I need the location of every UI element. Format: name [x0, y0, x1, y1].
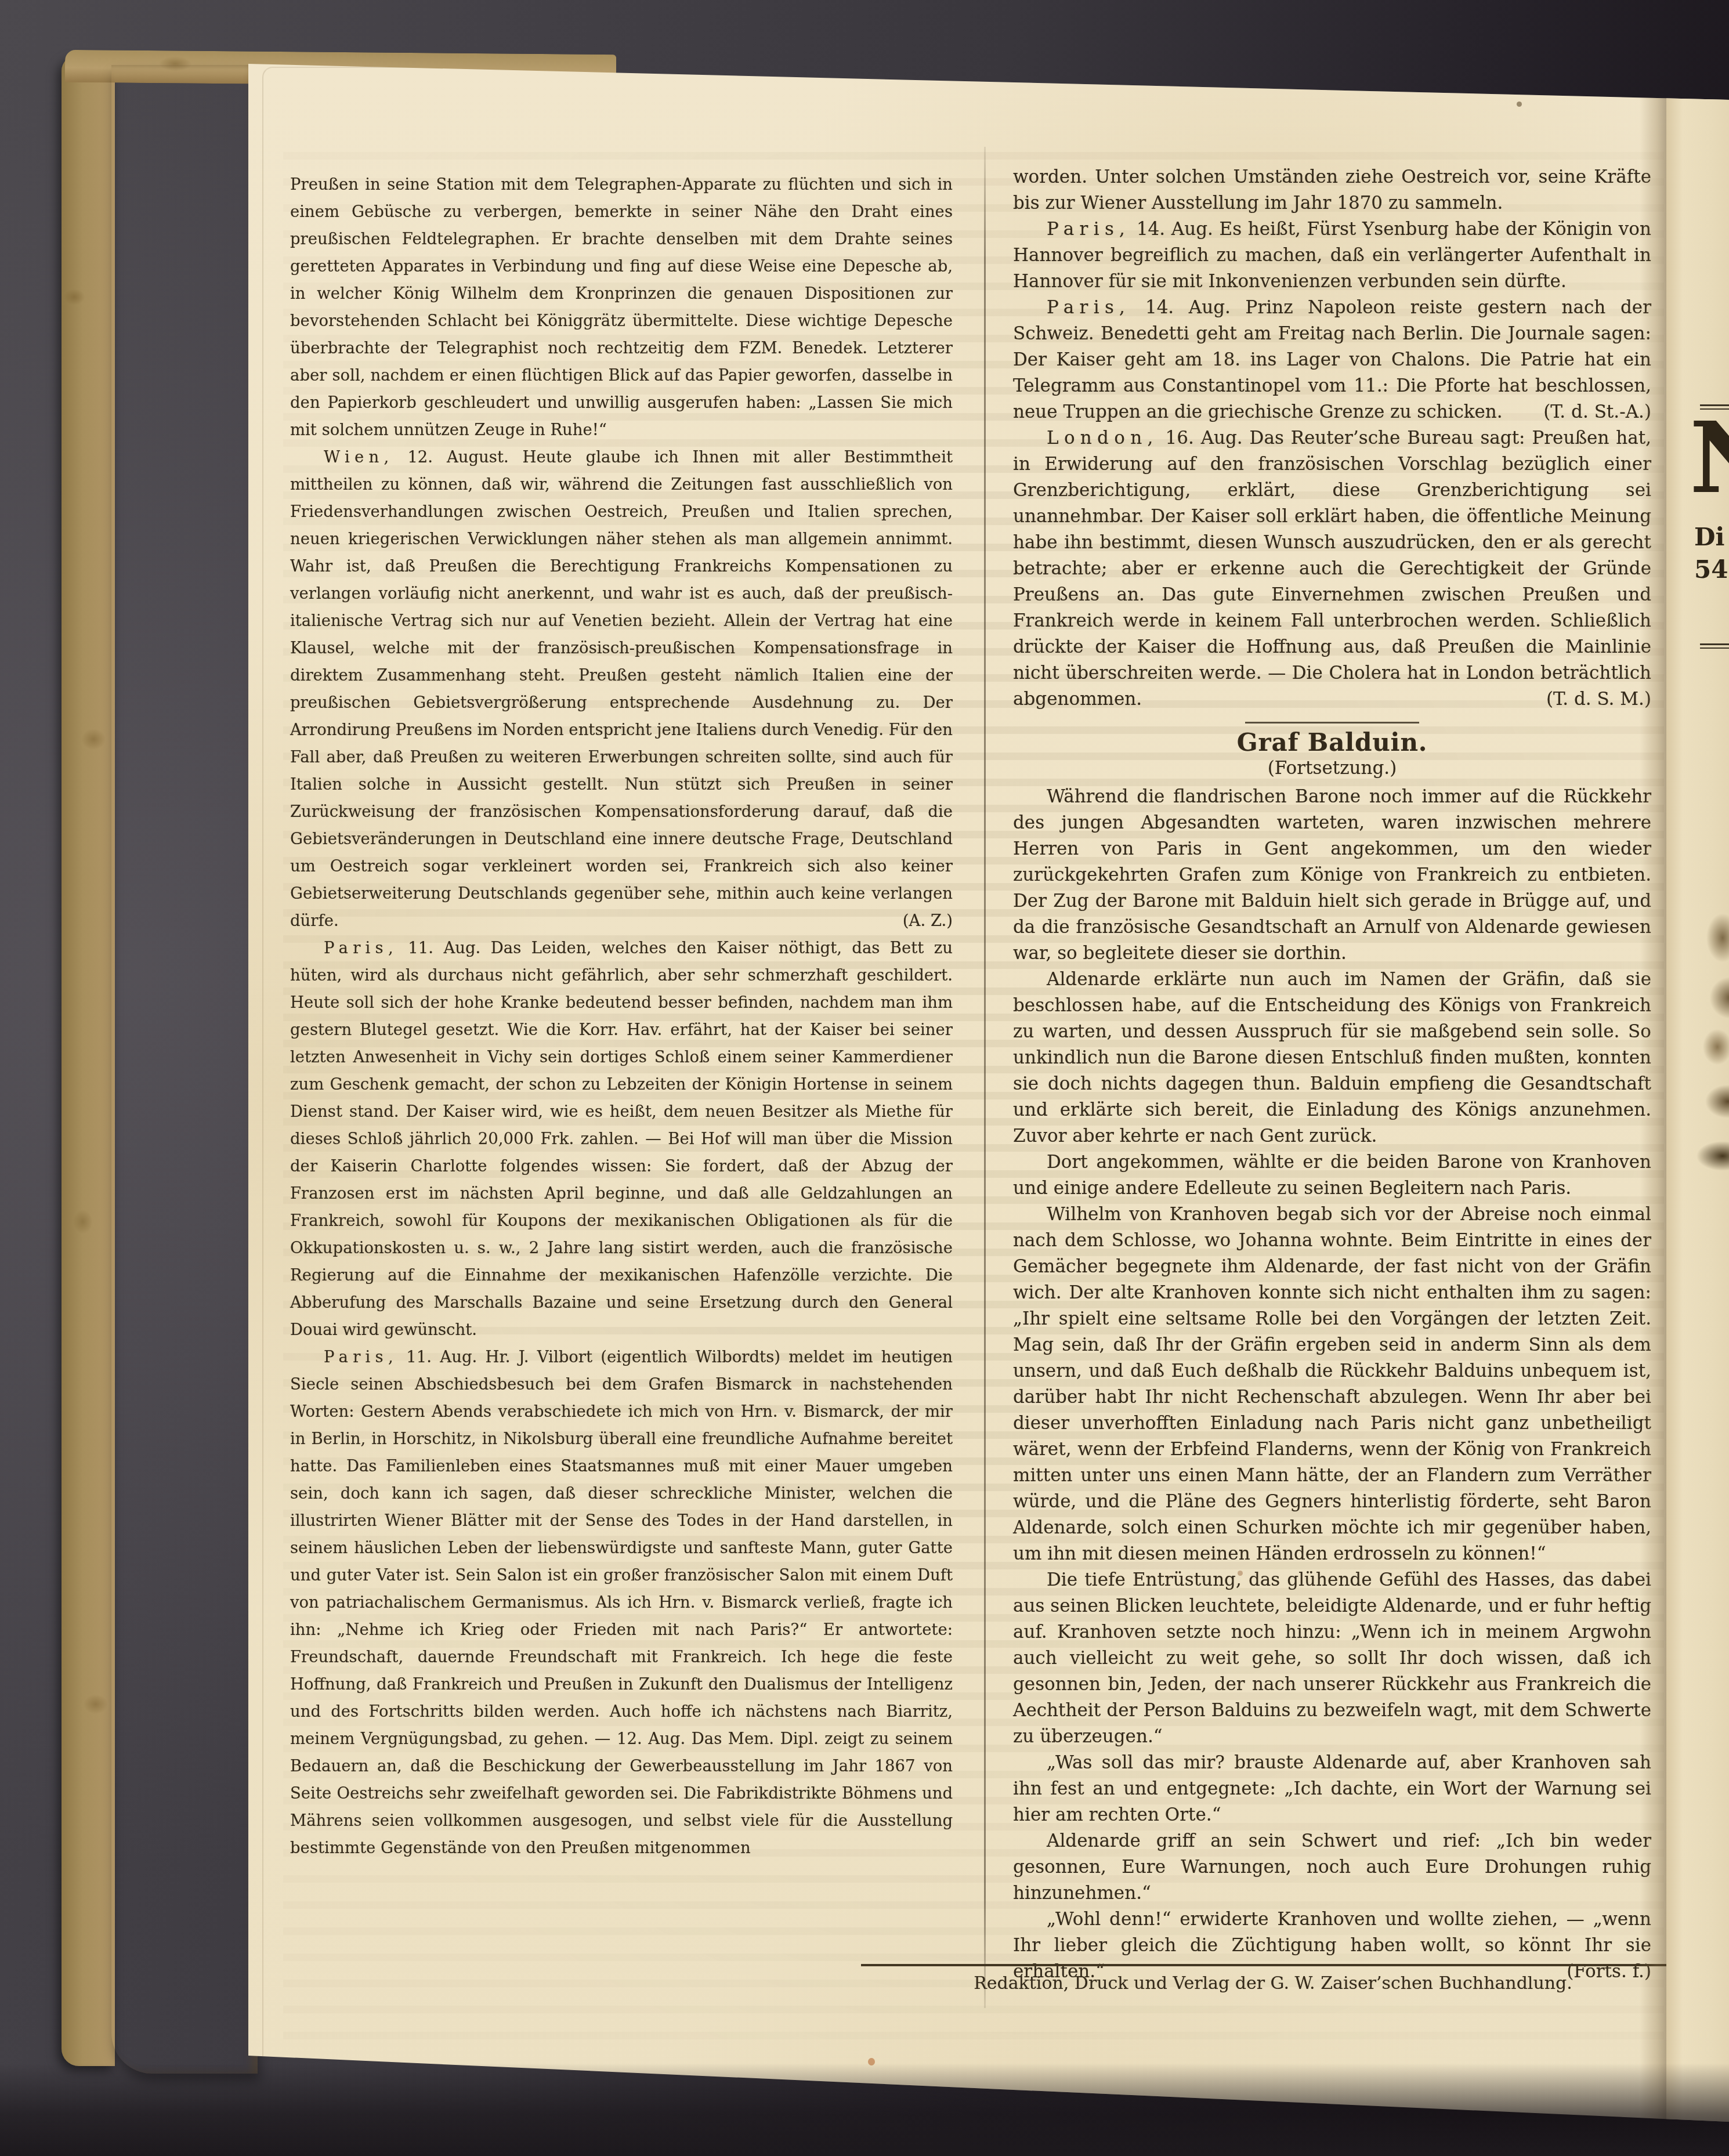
source-tag: (A. Z.) [290, 907, 953, 935]
footer-rule [861, 1964, 1685, 1966]
serial-subtitle: (Fortsetzung.) [1013, 755, 1651, 782]
newspaper-page: Preußen in seine Station mit dem Telegra… [248, 55, 1729, 2138]
page-block-fore-edge [111, 65, 258, 2074]
next-page-edge: N Di 54 [1666, 96, 1729, 2132]
dateline-date: 11. Aug. [406, 1348, 485, 1366]
imprint-line: Redaktion, Druck und Verlag der G. W. Za… [861, 1971, 1685, 1996]
paragraph: Während die flandrischen Barone noch imm… [1013, 784, 1651, 967]
masthead-rule-fragment [1700, 643, 1729, 645]
left-text-column: Preußen in seine Station mit dem Telegra… [290, 171, 953, 1862]
dateline-date: 12. August. [407, 448, 522, 466]
page-fold-shadow [1640, 90, 1666, 2132]
page-footer: Redaktion, Druck und Verlag der G. W. Za… [861, 1964, 1685, 1996]
paragraph: „Was soll das mir? brauste Aldenarde auf… [1013, 1750, 1651, 1828]
paper-stain [457, 786, 462, 791]
masthead-initial-fragment: N [1690, 409, 1729, 507]
paper-stain [868, 2058, 875, 2065]
column-divider-rule [984, 147, 986, 2008]
next-page-number-fragment: 54 [1694, 555, 1728, 584]
paragraph: worden. Unter solchen Umständen ziehe Oe… [1013, 164, 1651, 216]
paragraph: Paris, 11. Aug. Das Leiden, welches den … [290, 935, 953, 1344]
source-tag: (T. d. S. M.) [1013, 686, 1651, 712]
paragraph: Dort angekommen, wählte er die beiden Ba… [1013, 1149, 1651, 1202]
source-tag: (T. d. St.-A.) [1013, 399, 1651, 425]
paragraph: Preußen in seine Station mit dem Telegra… [290, 171, 953, 444]
paragraph: Aldenarde erklärte nun auch im Namen der… [1013, 967, 1651, 1149]
serial-title: Graf Balduin. [1013, 729, 1651, 755]
dateline-city: Paris, [324, 939, 398, 957]
dateline-date: 16. Aug. [1166, 428, 1250, 448]
photograph-of-book-page: { "colors":{ "background_dark":"#2c282e"… [0, 0, 1729, 2156]
paragraph: Die tiefe Entrüstung, das glühende Gefüh… [1013, 1567, 1651, 1750]
paragraph: Aldenarde griff an sein Schwert und rief… [1013, 1828, 1651, 1907]
paragraph: Wilhelm von Kranhoven begab sich vor der… [1013, 1202, 1651, 1567]
dateline-city: Paris, [324, 1348, 398, 1366]
dateline-city: Paris, [1047, 297, 1130, 318]
dateline-city: Wien, [324, 448, 394, 466]
right-text-column: worden. Unter solchen Umständen ziehe Oe… [1013, 164, 1651, 1985]
next-page-text-fragment: Di [1694, 523, 1724, 551]
engraving-fragment [1686, 905, 1729, 1178]
paragraph: Paris, 14. Aug. Prinz Napoleon reiste ge… [1013, 295, 1651, 425]
dateline-date: 14. Aug. [1145, 297, 1246, 318]
section-separator-rule [1245, 722, 1419, 724]
paragraph: Wien, 12. August. Heute glaube ich Ihnen… [290, 444, 953, 935]
book-cover-edge [62, 56, 115, 2066]
paragraph: Paris, 11. Aug. Hr. J. Vilbort (eigentli… [290, 1344, 953, 1862]
paper-stain [1517, 102, 1522, 107]
dateline-city: Paris, [1047, 219, 1130, 240]
dateline-date: 11. Aug. [408, 939, 490, 957]
paragraph: Paris, 14. Aug. Es heißt, Fürst Ysenburg… [1013, 216, 1651, 295]
dateline-city: London, [1047, 428, 1159, 448]
paragraph: London, 16. Aug. Das Reuter’sche Bureau … [1013, 425, 1651, 712]
paper-stain [1238, 1571, 1243, 1576]
dateline-date: 14. Aug. [1137, 219, 1220, 240]
